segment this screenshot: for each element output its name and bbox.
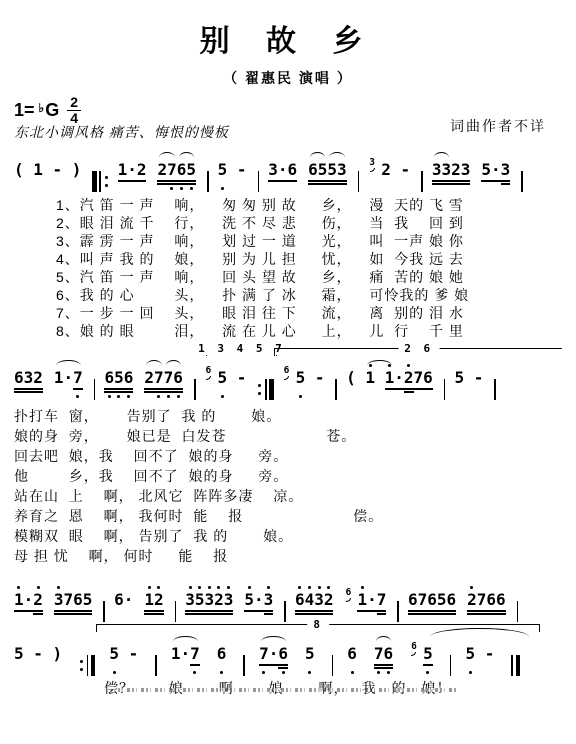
key-signature: 1=♭G 2 4 [14, 96, 81, 125]
barline-single [243, 655, 245, 676]
slur-icon [173, 636, 198, 644]
slur-icon [310, 152, 325, 160]
note-group: 2765 [157, 154, 196, 192]
note-group: 1·2 [118, 154, 147, 192]
slur-icon [376, 636, 391, 644]
song-title: 别 故 乡 [0, 0, 576, 60]
key-note: G [45, 100, 59, 121]
lyric-row: 娘的身 旁， 娘已是 白发苍 苍。 [14, 426, 576, 446]
note-group: ( 1 1·276 [346, 362, 433, 400]
lyric-row: 母 担 忧 啊， 何时 能 报 [14, 546, 576, 566]
slur-icon [434, 152, 449, 160]
lyric-row: 5、汽 笛 一 声 响， 回 头 望 故 乡， 痛 苦的 娘 她 [56, 268, 576, 286]
lyric-row: 养育之 恩 啊， 我何时 能 报 偿。 [14, 506, 576, 526]
barline-single [155, 655, 157, 676]
slur-icon [367, 360, 392, 368]
performer-line: （ 翟惠民 演唱 ） [0, 68, 576, 88]
note-group: 65 - [218, 362, 247, 400]
barline-final [511, 655, 520, 676]
note-group: 65 - [296, 362, 325, 400]
note-group: 65 [423, 638, 433, 676]
sheet-music-page: { "header": { "title": "别 故 乡", "subtitl… [0, 0, 576, 744]
lyric-row: 4、叫 声 我 的 娘， 别 为 儿 担 忧， 如 今我 远 去 [56, 250, 576, 268]
note-group: 76 [374, 638, 393, 676]
note-group: 2766 [467, 584, 506, 622]
note-group: 632 [14, 362, 43, 400]
note-group: 5 [305, 638, 315, 676]
barline-single [494, 379, 496, 400]
lyric-row: 7、一 步 一 回 头， 眼 泪 往 下 流， 离 别的 泪 水 [56, 304, 576, 322]
lyric-row: 回去吧 娘，我 回不了 娘的身 旁。 [14, 446, 576, 466]
note-group: 1·7 [54, 362, 83, 400]
note-group: 12 [144, 584, 163, 622]
grace-note: 3 [369, 158, 375, 172]
note-group: 1·7 [171, 638, 200, 676]
lyric-row: 6、我 的 心 头， 扑 满 了 冰 霜， 可怜我的 爹 娘 [56, 286, 576, 304]
time-signature: 2 4 [67, 96, 81, 125]
barline-single [450, 655, 452, 676]
lyric-row: 8、娘 的 眼 泪， 流 在 儿 心 上， 儿 行 千 里 [56, 322, 576, 340]
note-group: 61·7 [357, 584, 386, 622]
barline-single [517, 601, 519, 622]
barline-single [444, 379, 446, 400]
note-group: 32 - [381, 154, 410, 192]
credit-line: 词曲作者不详 [450, 116, 546, 136]
note-group: 5 - [465, 638, 494, 676]
slur-icon [159, 152, 174, 160]
lyric-row: 2、眼 泪 流 千 行， 洗 不 尽 悲 伤， 当 我 回 到 [56, 214, 576, 232]
note-group: 3·6 [268, 154, 297, 192]
note-group: 5 - [218, 154, 247, 192]
volta-bracket: 2 6 [274, 348, 562, 356]
barline-single [421, 171, 423, 192]
music-line-2: 1 3 4 5 72 66321·7656277665 -65 -( 1 1·2… [14, 346, 562, 400]
barline-end [79, 655, 95, 676]
barline-single [194, 379, 196, 400]
barline-single [521, 171, 523, 192]
slur-icon [179, 152, 194, 160]
barline-single [284, 601, 286, 622]
meta-row: 1=♭G 2 4 东北小调风格 痛苦、悔恨的慢板 词曲作者不详 [14, 94, 562, 138]
barline-single [258, 171, 260, 192]
note-group: ( 1 - ) [14, 154, 81, 192]
note-group: 2776 [144, 362, 183, 400]
meter-numerator: 2 [67, 96, 81, 111]
lyric-row: 1、汽 笛 一 声 响， 匆 匆 别 故 乡， 漫 天的 飞 雪 [56, 196, 576, 214]
barline-single [397, 601, 399, 622]
note-group: 656 [104, 362, 133, 400]
lyric-row: 模糊双 眼 啊， 告别了 我 的 娘。 [14, 526, 576, 546]
note-group: 67656 [408, 584, 456, 622]
note-group: 35323 [185, 584, 233, 622]
grace-note: 6 [411, 642, 417, 656]
note-group: 5 - [109, 638, 138, 676]
slur-icon [166, 360, 181, 368]
note-group: 6 [217, 638, 227, 676]
footer-fine-print-illegible [118, 688, 458, 692]
barline-single [103, 601, 105, 622]
slur-icon [146, 360, 161, 368]
note-group: 6· [114, 584, 133, 622]
lyric-row: 扑打车 窗， 告别了 我 的 娘。 [14, 406, 576, 426]
verse-block-2: 扑打车 窗， 告别了 我 的 娘。娘的身 旁， 娘已是 白发苍 苍。回去吧 娘，… [14, 406, 576, 566]
barline-single [335, 379, 337, 400]
barline-single [175, 601, 177, 622]
key-prefix: 1= [14, 100, 35, 121]
flat-icon: ♭ [39, 101, 45, 115]
grace-note: 6 [345, 588, 351, 602]
note-group: 1·2 [14, 584, 43, 622]
note-group: 3323 [432, 154, 471, 192]
grace-note: 6 [284, 366, 290, 380]
barline-single [358, 171, 360, 192]
grace-note: 6 [206, 366, 212, 380]
note-group: 5 - [454, 362, 483, 400]
barline-end [257, 379, 273, 400]
slur-icon [329, 152, 344, 160]
note-group: 6432 [295, 584, 334, 622]
note-group: 5·3 [244, 584, 273, 622]
slur-icon [261, 636, 286, 644]
note-group: 7·6 [259, 638, 288, 676]
note-group: 6 [347, 638, 357, 676]
volta-bracket: 1 3 4 5 7 [206, 348, 277, 356]
music-line-3: 1·237656·12353235·3643261·7676562766 [14, 568, 562, 622]
note-group: 5·3 [481, 154, 510, 192]
lyric-row: 3、霹 雳 一 声 响， 划 过 一 道 光， 叫 一声 娘 你 [56, 232, 576, 250]
note-group: 5 - ) [14, 638, 62, 676]
music-line-4: 85 - )5 -1·767·65676655 - [14, 622, 562, 676]
barline-single [94, 379, 96, 400]
barline-single [332, 655, 334, 676]
barline-single [207, 171, 209, 192]
verse-block-1: 1、汽 笛 一 声 响， 匆 匆 别 故 乡， 漫 天的 飞 雪2、眼 泪 流 … [56, 196, 576, 340]
lyric-row: 站在山 上 啊， 北风它 阵阵多凄 凉。 [14, 486, 576, 506]
music-line-1: ( 1 - )1·227655 -3·6655332 -33235·3 [14, 138, 562, 192]
lyric-row: 他 乡，我 回不了 娘的身 旁。 [14, 466, 576, 486]
note-group: 3765 [54, 584, 93, 622]
note-group: 6553 [308, 154, 347, 192]
barline-begin [92, 171, 108, 192]
slur-icon [56, 360, 81, 368]
